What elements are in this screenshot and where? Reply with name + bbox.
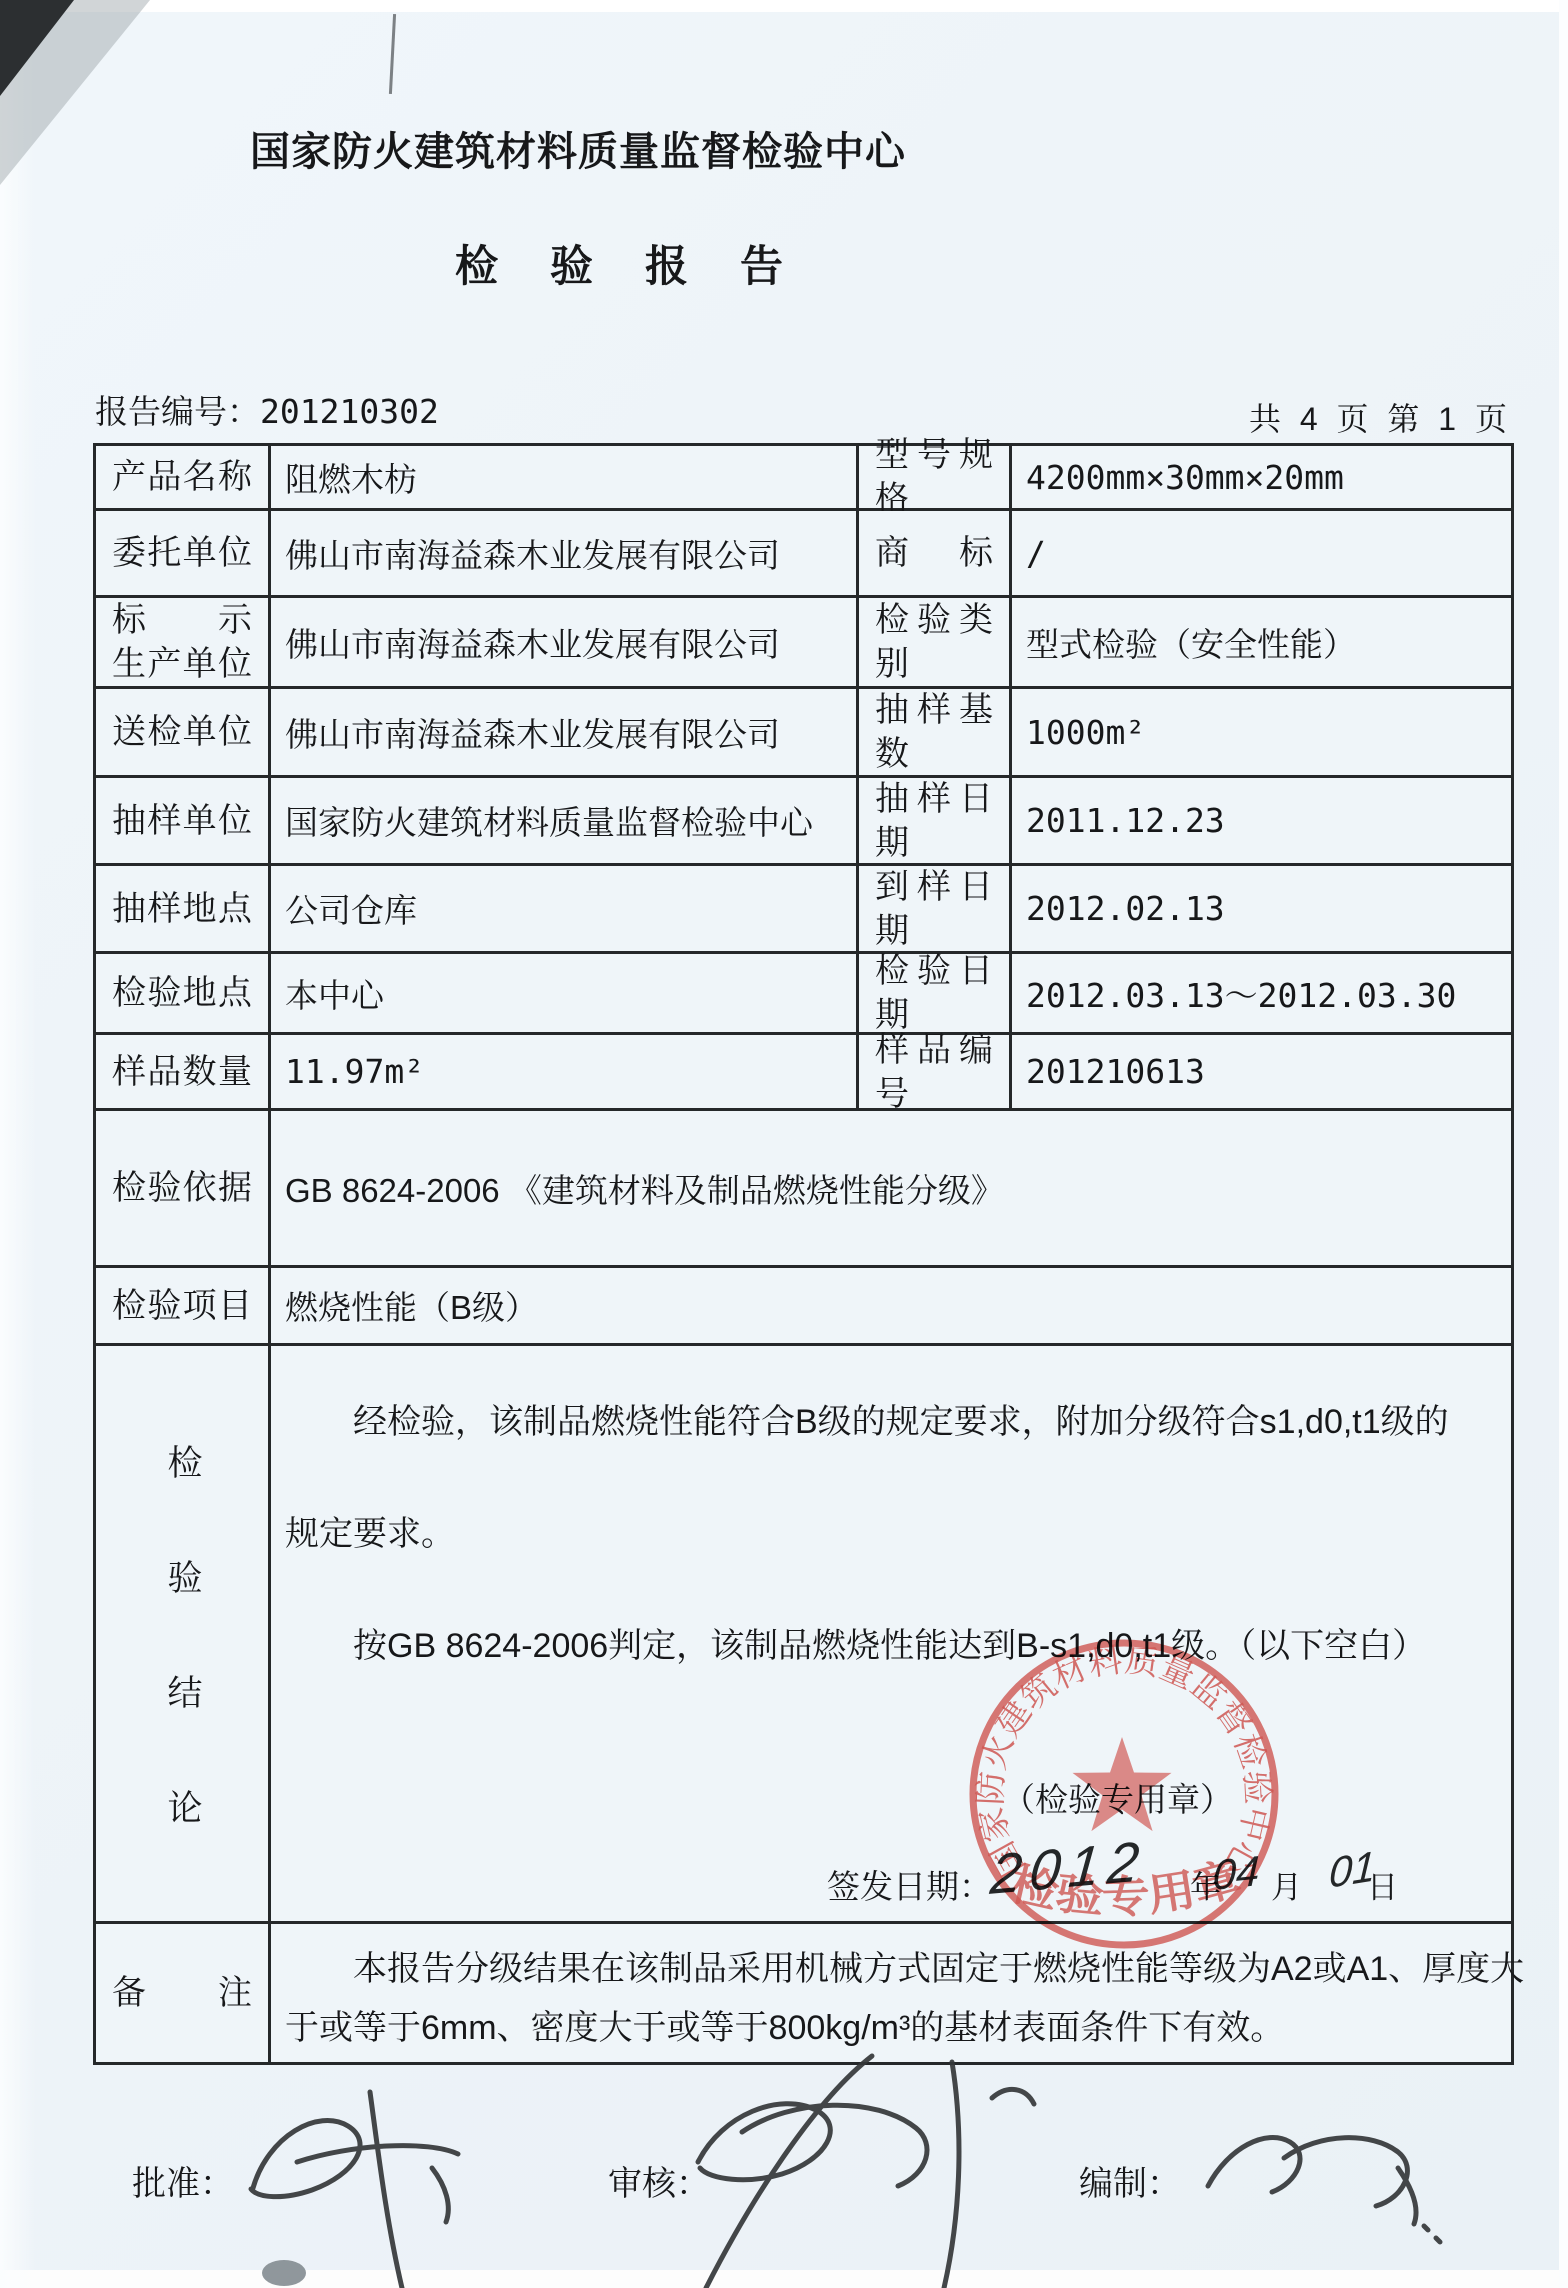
row-label: 检验地点 <box>96 954 268 1032</box>
row-label: 抽样基数 <box>859 689 1009 775</box>
prepare-signature <box>1208 2138 1440 2242</box>
scanned-report-page: 国家防火建筑材料质量监督检验中心 检验报告 报告编号：201210302 共 4… <box>0 0 1568 2288</box>
row-label: 商标 <box>859 511 1009 595</box>
conclusion-line-2: 规定要求。 <box>285 1506 455 1555</box>
row-value: 2012.02.13 <box>1012 866 1511 951</box>
row-label: 型号规格 <box>859 446 1009 508</box>
row-value: 201210613 <box>1012 1035 1511 1108</box>
row-value: 11.97m² <box>271 1035 856 1108</box>
row-label: 检验类别 <box>859 598 1009 686</box>
row-label: 检验日期 <box>859 954 1009 1032</box>
document-type-title: 检验报告 <box>455 233 835 294</box>
scan-edge-left <box>0 0 36 2288</box>
report-number: 报告编号：201210302 <box>95 386 439 433</box>
report-info-table: 产品名称 阻燃木枋 型号规格 4200mm×30mm×20mm 委托单位 佛山市… <box>93 443 1514 2065</box>
row-label: 到样日期 <box>859 866 1009 951</box>
items-value: 燃烧性能（B级） <box>271 1268 1511 1343</box>
row-label: 抽样地点 <box>96 866 268 951</box>
basis-value: GB 8624-2006 《建筑材料及制品燃烧性能分级》 <box>271 1111 1511 1265</box>
row-label: 送检单位 <box>96 689 268 775</box>
conclusion-content: 经检验，该制品燃烧性能符合B级的规定要求，附加分级符合s1,d0,t1级的 规定… <box>271 1346 1511 1921</box>
conclusion-line-1: 经检验，该制品燃烧性能符合B级的规定要求，附加分级符合s1,d0,t1级的 <box>285 1394 1449 1443</box>
scan-scratch-mark <box>389 14 396 94</box>
row-value: 国家防火建筑材料质量监督检验中心 <box>271 778 856 863</box>
scan-edge-right <box>1559 0 1568 2288</box>
row-label: 产品名称 <box>96 446 268 508</box>
stamp-star-icon <box>1073 1737 1172 1831</box>
remark-line-1: 本报告分级结果在该制品采用机械方式固定于燃烧性能等级为A2或A1、厚度大 <box>285 1940 1511 1999</box>
row-label: 标示 生产单位 <box>96 598 268 686</box>
row-value: 2012.03.13～2012.03.30 <box>1012 954 1511 1032</box>
report-number-value: 201210302 <box>260 392 439 431</box>
row-value: 佛山市南海益森木业发展有限公司 <box>271 689 856 775</box>
basis-label: 检验依据 <box>96 1111 268 1265</box>
row-value: 公司仓库 <box>271 866 856 951</box>
row-value: 本中心 <box>271 954 856 1032</box>
approve-signature <box>251 2092 458 2288</box>
handwritten-signatures <box>0 2040 1568 2288</box>
items-label: 检验项目 <box>96 1268 268 1343</box>
handwritten-issue-day: 01 <box>1328 1842 1377 1898</box>
row-label: 委托单位 <box>96 511 268 595</box>
row-value: 4200mm×30mm×20mm <box>1012 446 1511 508</box>
row-value: 1000m² <box>1012 689 1511 775</box>
center-name-title: 国家防火建筑材料质量监督检验中心 <box>250 120 906 177</box>
row-label: 抽样日期 <box>859 778 1009 863</box>
row-value: 型式检验（安全性能） <box>1012 598 1511 686</box>
row-value: / <box>1012 511 1511 595</box>
row-label: 样品数量 <box>96 1035 268 1108</box>
scan-edge-top <box>0 0 1568 12</box>
report-number-label: 报告编号： <box>95 393 260 430</box>
row-label: 抽样单位 <box>96 778 268 863</box>
row-value: 佛山市南海益森木业发展有限公司 <box>271 598 856 686</box>
row-value: 阻燃木枋 <box>271 446 856 508</box>
row-value: 2011.12.23 <box>1012 778 1511 863</box>
row-label: 样品编号 <box>859 1035 1009 1108</box>
page-count-info: 共 4 页 第 1 页 <box>1249 394 1512 440</box>
conclusion-label: 检验结论 <box>96 1346 268 1921</box>
inspection-seal-stamp: 国家防火建筑材料质量监督检验中心 检验专用章 <box>962 1637 1286 1953</box>
review-signature <box>698 2056 1034 2288</box>
row-value: 佛山市南海益森木业发展有限公司 <box>271 511 856 595</box>
handwritten-issue-month: 04 <box>1212 1847 1260 1900</box>
